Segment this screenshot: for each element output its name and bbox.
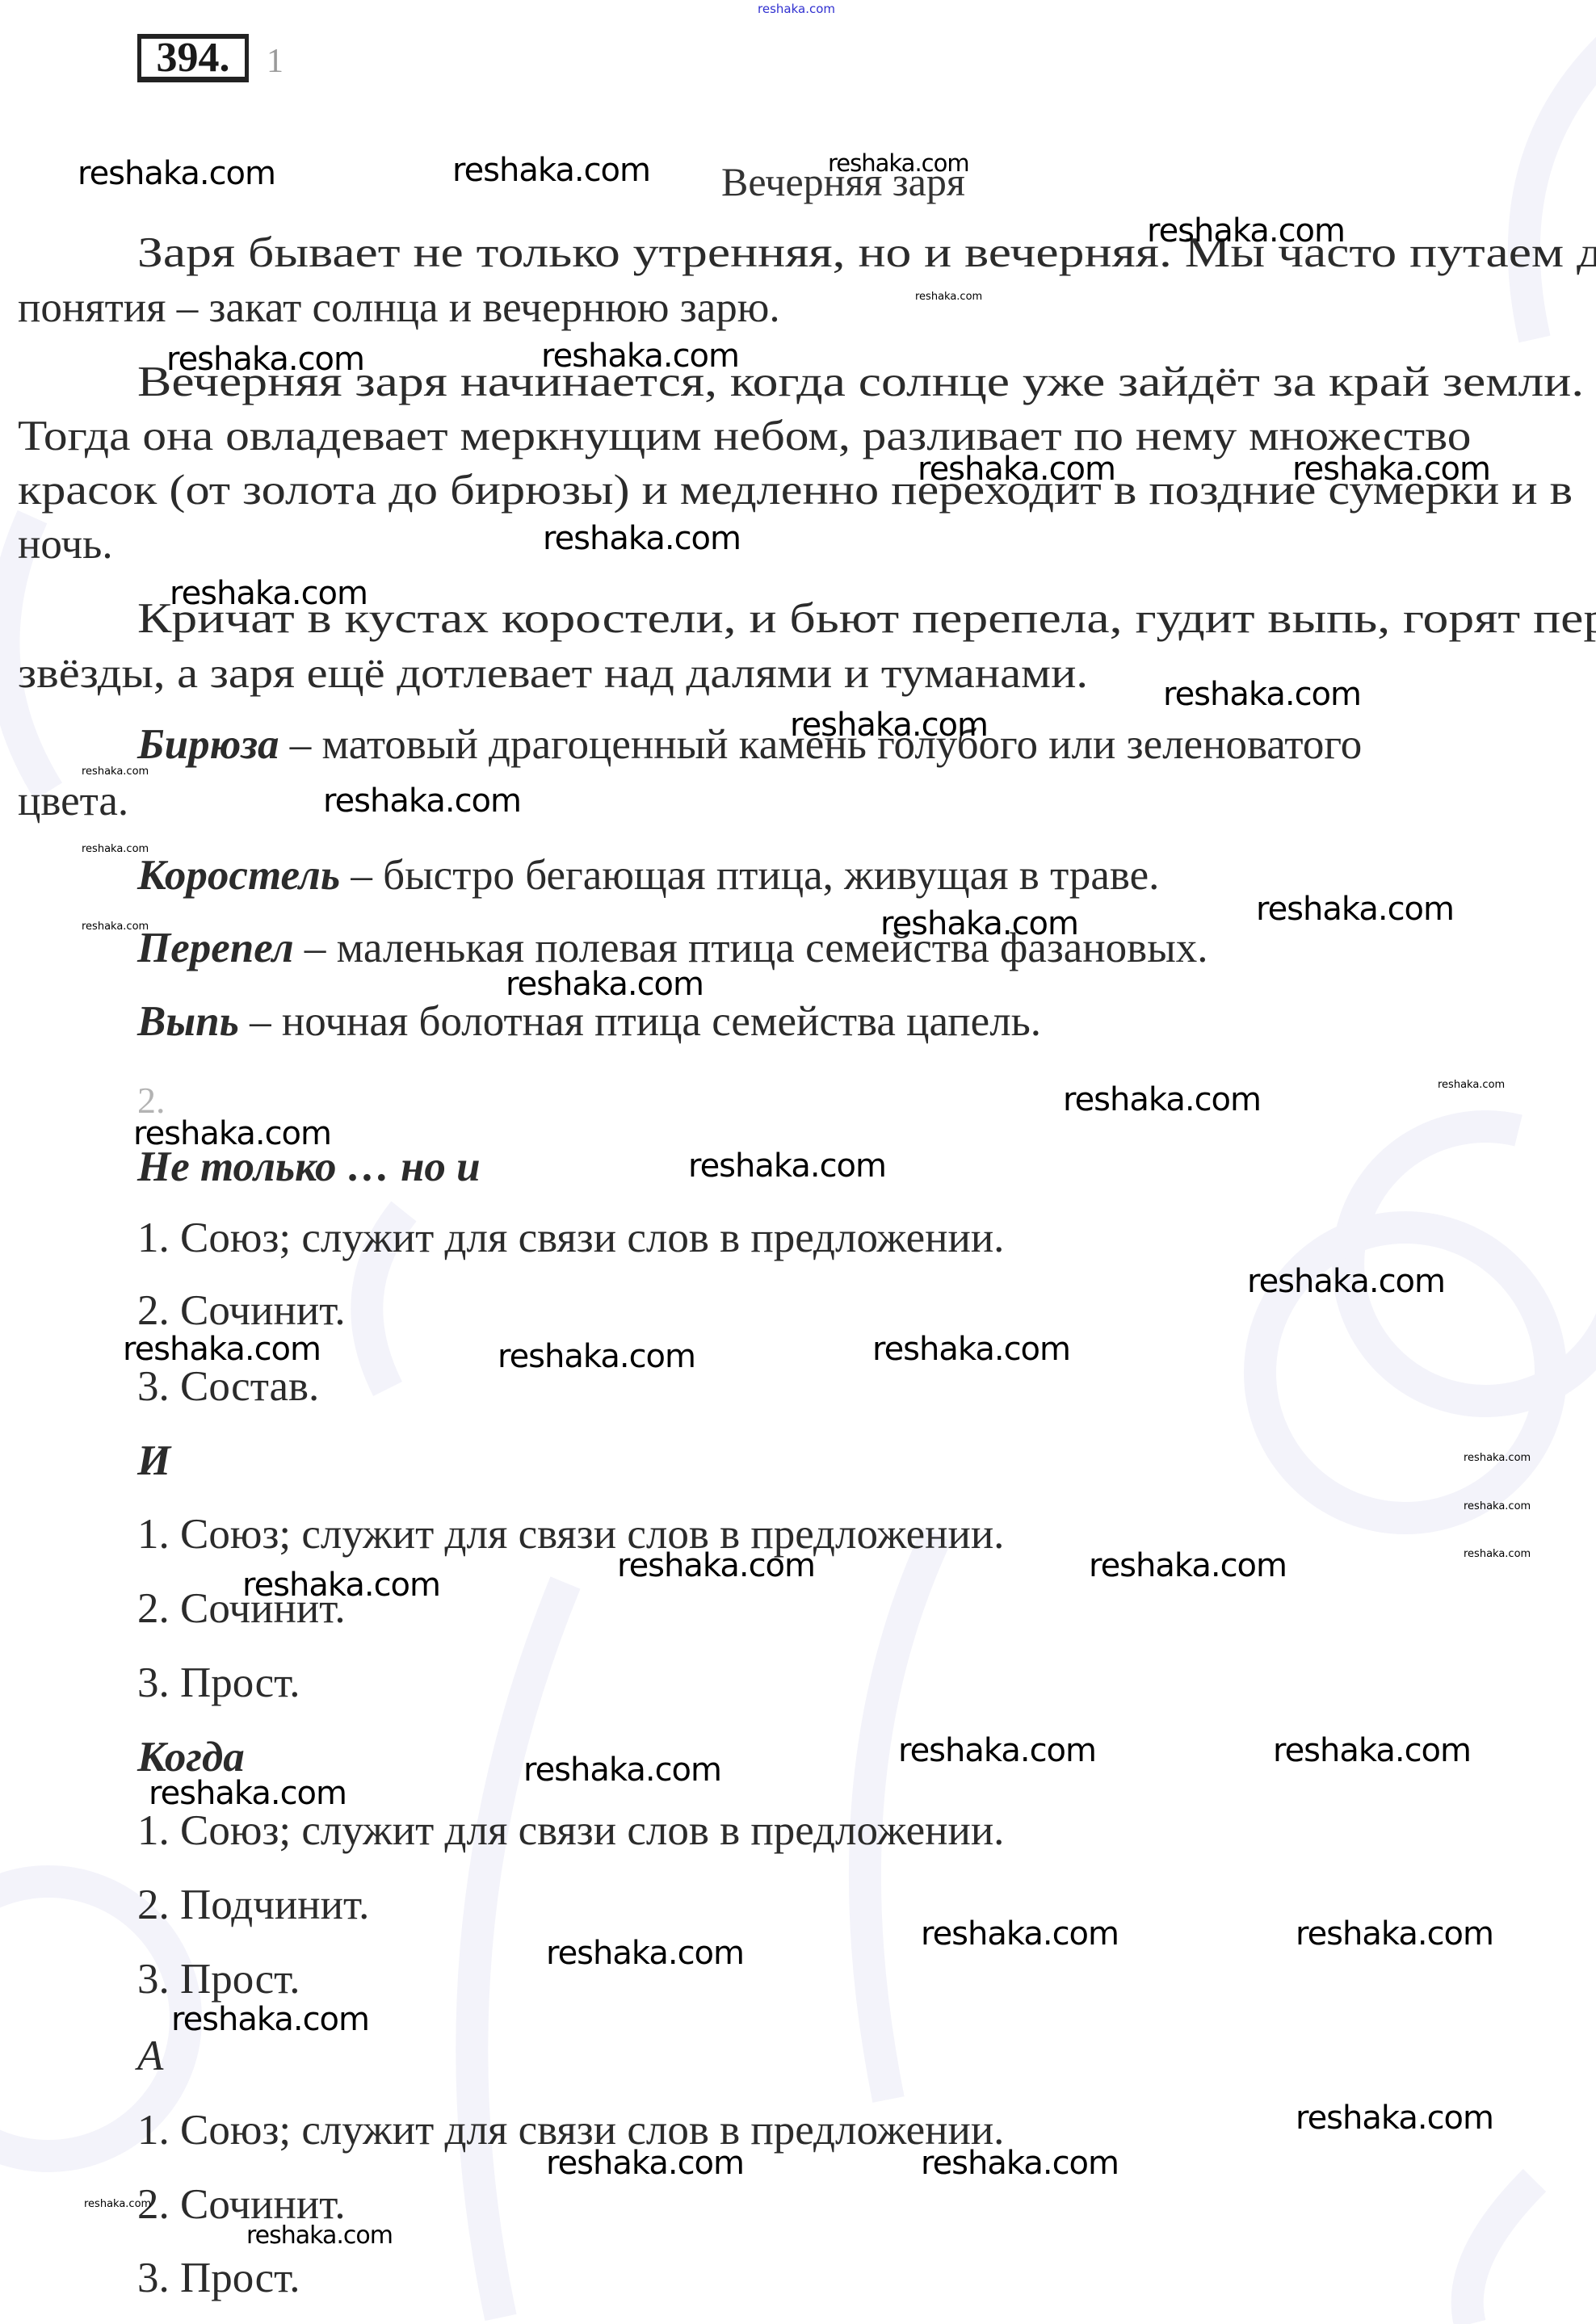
watermark: reshaka.com — [1296, 1915, 1493, 1953]
page: reshaka.com 394. 1 Вечерняя заря Заря бы… — [0, 0, 1596, 2324]
watermark: reshaka.com — [1163, 676, 1361, 713]
watermark: reshaka.com — [617, 1547, 815, 1584]
watermark-small: reshaka.com — [1438, 1079, 1505, 1092]
watermark: reshaka.com — [323, 782, 521, 820]
analysis-item: 1. Союз; служит для связи слов в предлож… — [137, 1509, 1004, 1559]
glossary-term: Выпь — [137, 998, 239, 1045]
part-1-label: 1 — [267, 42, 283, 81]
watermark: reshaka.com — [506, 966, 703, 1003]
top-watermark: reshaka.com — [758, 2, 835, 16]
analysis-word: И — [137, 1436, 170, 1486]
paragraph-1-line-1: Заря бывает не только утренняя, но и веч… — [137, 228, 1596, 278]
watermark: reshaka.com — [541, 338, 739, 375]
watermark: reshaka.com — [166, 341, 364, 378]
watermark: reshaka.com — [898, 1732, 1096, 1769]
watermark: reshaka.com — [452, 152, 650, 189]
watermark: reshaka.com — [546, 2145, 744, 2182]
glossary-term: Коростель — [137, 852, 340, 899]
watermark: reshaka.com — [828, 150, 969, 176]
glossary-continuation: цвета. — [18, 776, 128, 826]
analysis-word: А — [137, 2031, 163, 2081]
watermark: reshaka.com — [1247, 1263, 1445, 1300]
watermark: reshaka.com — [171, 2001, 369, 2038]
watermark: reshaka.com — [1147, 212, 1345, 250]
watermark: reshaka.com — [546, 1935, 744, 1972]
watermark: reshaka.com — [921, 1915, 1119, 1953]
analysis-item: 1. Союз; служит для связи слов в предлож… — [137, 1213, 1004, 1263]
watermark: reshaka.com — [543, 520, 741, 557]
watermark-small: reshaka.com — [82, 766, 149, 778]
watermark: reshaka.com — [123, 1331, 321, 1368]
watermark: reshaka.com — [1273, 1732, 1471, 1769]
analysis-item: 3. Прост. — [137, 2253, 300, 2303]
paragraph-3-line-2: звёзды, а заря ещё дотлевает над далями … — [18, 648, 1088, 698]
watermark-small: reshaka.com — [1464, 1452, 1531, 1465]
analysis-item: 1. Союз; служит для связи слов в предлож… — [137, 1806, 1004, 1856]
glossary-item: Коростель – быстро бегающая птица, живущ… — [137, 850, 1159, 900]
glossary-item: Бирюза – матовый драгоценный камень голу… — [137, 719, 1362, 770]
exercise-number-box: 394. — [137, 34, 249, 82]
analysis-item: 2. Подчинит. — [137, 1880, 369, 1930]
watermark: reshaka.com — [1296, 2100, 1493, 2137]
glossary-definition: – ночная болотная птица семейства цапель… — [239, 998, 1041, 1045]
watermark: reshaka.com — [246, 2222, 393, 2250]
paragraph-2-line-2: Тогда она овладевает меркнущим небом, ра… — [18, 411, 1471, 461]
watermark: reshaka.com — [242, 1567, 440, 1604]
watermark: reshaka.com — [78, 155, 275, 192]
watermark: reshaka.com — [523, 1751, 721, 1789]
glossary-definition: – быстро бегающая птица, живущая в траве… — [340, 852, 1159, 899]
glossary-term: Бирюза — [137, 721, 279, 768]
watermark: reshaka.com — [1089, 1547, 1287, 1584]
watermark-small: reshaka.com — [915, 291, 982, 304]
analysis-item: 3. Прост. — [137, 1658, 300, 1708]
watermark: reshaka.com — [149, 1775, 346, 1812]
watermark-small: reshaka.com — [84, 2198, 151, 2211]
watermark: reshaka.com — [790, 707, 988, 744]
glossary-term: Перепел — [137, 925, 294, 971]
glossary-item: Выпь – ночная болотная птица семейства ц… — [137, 996, 1041, 1047]
watermark-small: reshaka.com — [82, 921, 149, 933]
watermark: reshaka.com — [1063, 1081, 1261, 1118]
paragraph-1-line-2: понятия – закат солнца и вечернюю зарю. — [18, 283, 780, 333]
watermark: reshaka.com — [133, 1115, 331, 1152]
watermark: reshaka.com — [1292, 451, 1490, 488]
watermark: reshaka.com — [170, 575, 367, 612]
watermark: reshaka.com — [918, 451, 1115, 488]
paragraph-2-line-4: ночь. — [18, 519, 113, 569]
watermark-small: reshaka.com — [1464, 1500, 1531, 1513]
watermark: reshaka.com — [498, 1338, 695, 1375]
analysis-item: 2. Сочинит. — [137, 1286, 346, 1336]
analysis-item: 3. Прост. — [137, 1954, 300, 2004]
watermark-small: reshaka.com — [82, 843, 149, 856]
watermark-small: reshaka.com — [1464, 1548, 1531, 1561]
watermark: reshaka.com — [880, 905, 1078, 942]
watermark: reshaka.com — [688, 1147, 886, 1185]
watermark: reshaka.com — [872, 1331, 1070, 1368]
watermark: reshaka.com — [921, 2145, 1119, 2182]
watermark: reshaka.com — [1256, 891, 1454, 928]
analysis-item: 3. Состав. — [137, 1361, 319, 1412]
